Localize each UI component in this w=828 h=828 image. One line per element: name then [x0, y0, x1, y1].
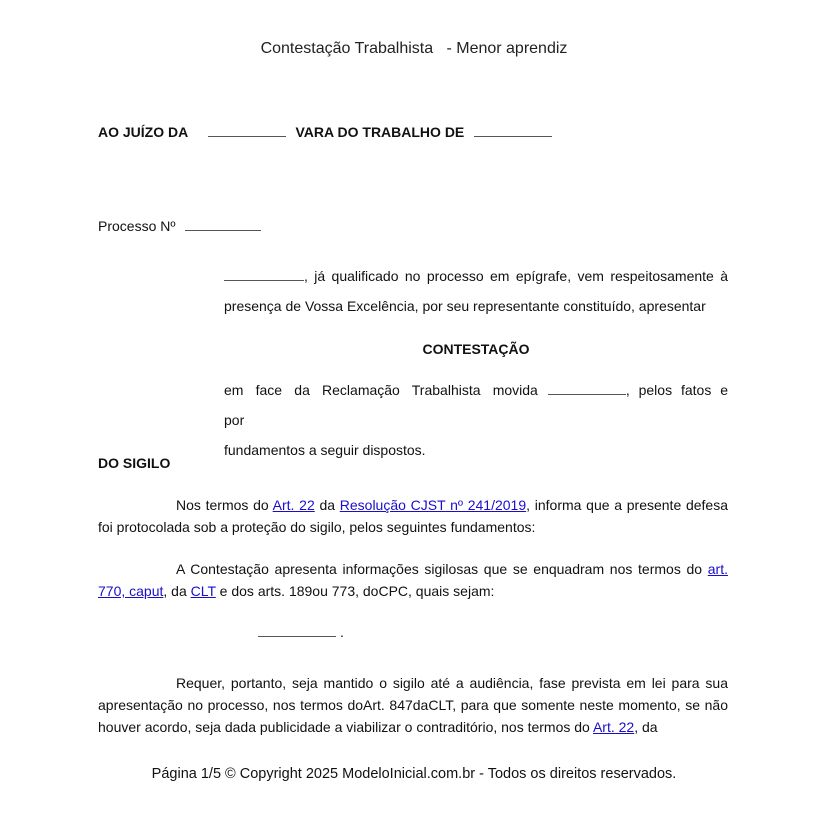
- sigilo-paragraph-1: Nos termos do Art. 22 da Resolução CJST …: [98, 494, 728, 538]
- blank-field-reclamada: [224, 270, 304, 281]
- text: da: [315, 497, 340, 513]
- face-line1: em face da Reclamação Trabalhista movida…: [224, 375, 538, 435]
- blank-field-sigilo-info: [258, 626, 336, 637]
- link-art-22-second[interactable]: Art. 22: [593, 719, 634, 735]
- processo-line: Processo Nº: [98, 218, 261, 234]
- face-paragraph: em face da Reclamação Trabalhista movida…: [224, 375, 728, 465]
- intro-line1: , já qualificado no processo em epígrafe…: [304, 268, 728, 284]
- section-heading-sigilo: DO SIGILO: [98, 455, 170, 471]
- page-footer: Página 1/5 © Copyright 2025 ModeloInicia…: [0, 766, 828, 782]
- link-resolucao-cjst[interactable]: Resolução CJST nº 241/2019: [340, 497, 526, 513]
- document-header-title: Contestação Trabalhista - Menor aprendiz: [0, 40, 828, 58]
- blank-field-vara: [208, 126, 286, 137]
- blank-field-reclamante: [548, 384, 626, 395]
- contestacao-title: CONTESTAÇÃO: [224, 341, 728, 357]
- sigilo-blank-line: .: [258, 624, 344, 640]
- intro-paragraph: , já qualificado no processo em epígrafe…: [224, 261, 728, 321]
- text: e dos arts. 189ou 773, doCPC, quais seja…: [216, 583, 495, 599]
- text: , da: [634, 719, 657, 735]
- sigilo-paragraph-3: Requer, portanto, seja mantido o sigilo …: [98, 672, 728, 738]
- face-line1-end: , pelos fatos e: [626, 382, 728, 398]
- processo-label: Processo Nº: [98, 218, 175, 234]
- blank-field-cidade: [474, 126, 552, 137]
- address-middle: VARA DO TRABALHO DE: [296, 124, 465, 140]
- link-art-22[interactable]: Art. 22: [273, 497, 315, 513]
- text: A Contestação apresenta informações sigi…: [176, 561, 708, 577]
- blank-field-processo: [185, 220, 261, 231]
- face-line2: fundamentos a seguir dispostos.: [224, 435, 728, 465]
- court-address-line: AO JUÍZO DA VARA DO TRABALHO DE: [98, 124, 552, 140]
- intro-line2: presença de Vossa Excelência, por seu re…: [224, 291, 728, 321]
- address-prefix: AO JUÍZO DA: [98, 124, 188, 140]
- link-clt[interactable]: CLT: [191, 583, 216, 599]
- text: Nos termos do: [176, 497, 273, 513]
- sigilo-paragraph-2: A Contestação apresenta informações sigi…: [98, 558, 728, 602]
- blank-suffix: .: [340, 624, 344, 640]
- text: , da: [163, 583, 190, 599]
